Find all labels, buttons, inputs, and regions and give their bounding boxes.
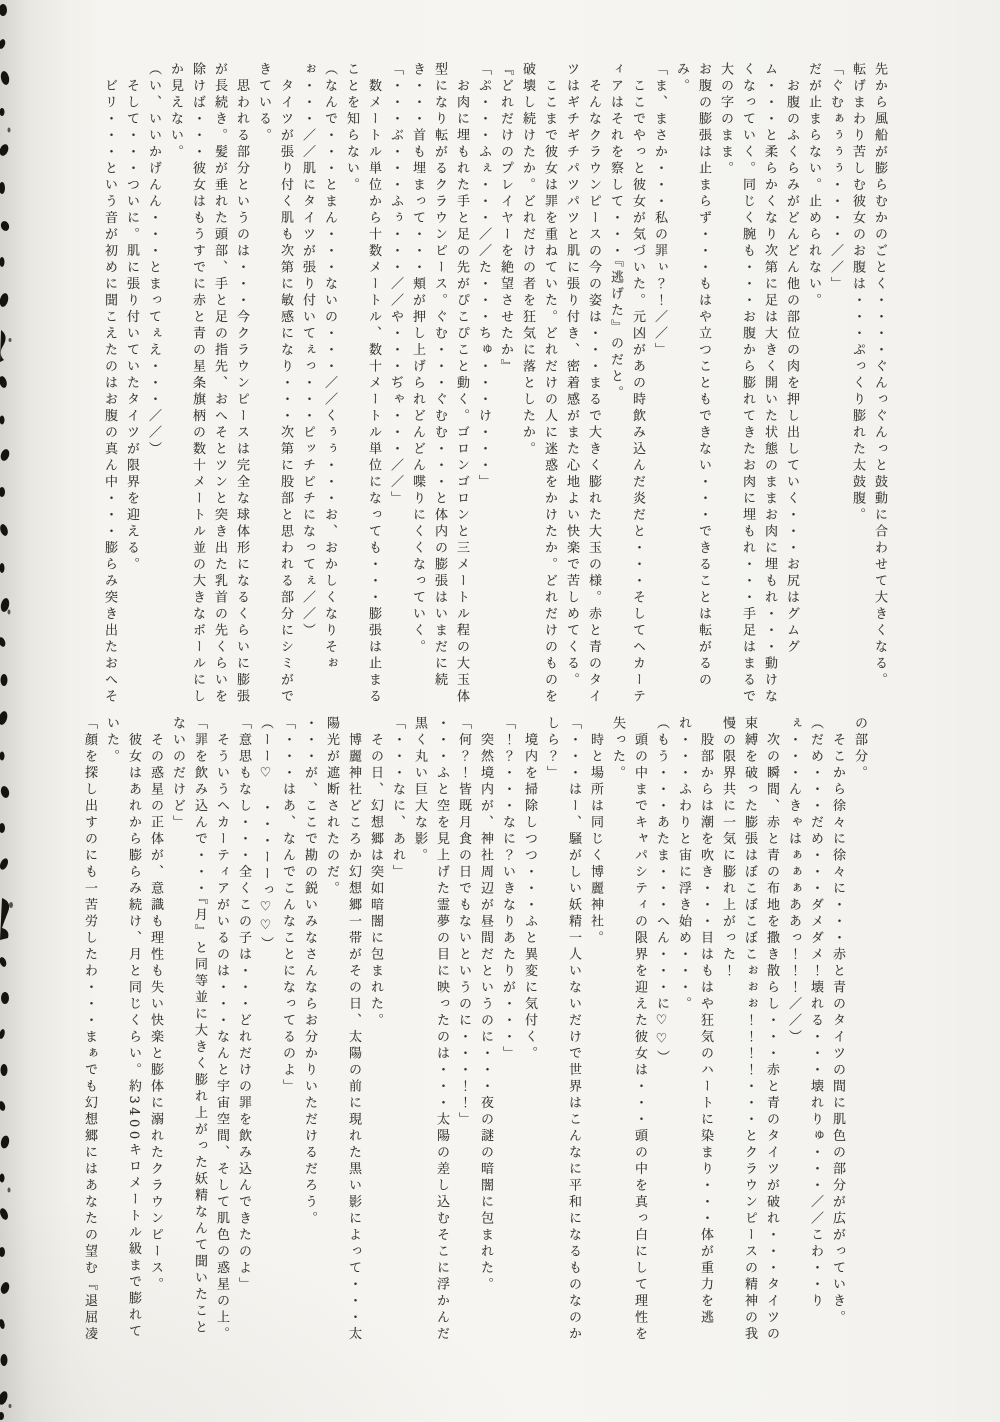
- paragraph: お腹のふくらみがどんどん他の部位の肉を押し出していく・・・お尻はグムグム・・・と…: [714, 62, 802, 714]
- paragraph: 数メートル単位から十数メートル、数十メートル単位になっても・・・膨張は止まること…: [340, 62, 384, 714]
- paragraph: （なんで・・・とまん・・・ないの・・・／／くぅぅ・・・お、おかしくなりそぉぉ・・…: [296, 62, 340, 714]
- paragraph: 「・・・はあ、なんでこんなことになってるのよ」: [276, 716, 298, 1352]
- binding-edge-marks: [0, 0, 26, 1422]
- paragraph: タイツが張り付く肌も次第に敏感になり・・・次第に股部と思われる部分にシミができて…: [252, 62, 296, 714]
- paragraph: そんなクラウンピースの今の姿は・・・まるで大きく膨れた大玉の様。赤と青のタイツは…: [560, 62, 604, 714]
- paragraph: 彼女はあれから膨らみ続け、月と同じくらい。約3400キロメートル級まで膨れていた…: [100, 716, 144, 1352]
- scanned-page: 先から風船が膨らむかのごとく・・・・ぐんっぐんっと鼓動に合わせて大きくなる。 転…: [0, 0, 1000, 1422]
- paragraph: 時と場所は同じく博麗神社。: [584, 716, 606, 1352]
- paragraph: お肉に埋もれた手と足の先がぴこぴこと動く。ゴロンゴロンと三メートル程の大玉体型に…: [406, 62, 472, 714]
- paragraph: 「何？！皆既月食の日でもないというのに・・・！！」: [452, 716, 474, 1352]
- paragraph: 「顔を探し出すのにも一苦労したわ・・・まぁでも幻想郷にはあなたの望む『退屈凌: [78, 716, 100, 1352]
- paragraph: 『どれだけのプレイヤーを絶望させたか』: [494, 62, 516, 714]
- paragraph: ここでやっと彼女が気づいた。元凶があの時飲み込んだ炎だと・・・そしてヘカーティア…: [604, 62, 648, 714]
- paragraph: 博麗神社どころか幻想郷一帯がその日、太陽の前に現れた黒い影によって・・・太陽光が…: [320, 716, 364, 1352]
- paragraph: 「ま、まさか・・・私の罪ぃ？！／／」: [648, 62, 670, 714]
- paragraph: 「ぷ・・・ふぇ・・・／／た・・・ちゅ・・・け・・・」: [472, 62, 494, 714]
- paragraph: そして・・・ついに。肌に張り付いていたタイツが限界を迎える。: [120, 62, 142, 714]
- paragraph: 頭の中までキャパシティの限界を迎えた彼女は・・・頭の中を真っ白にして理性を失った…: [606, 716, 650, 1352]
- text-block-bottom: の部分。 そこから徐々に徐々に・・・赤と青のタイツの間に肌色の部分が広がっていき…: [70, 716, 870, 1352]
- paragraph: 「意思もなし・・・全くこの子は・・・どれだけの罪を飲み込んできたのよ」: [232, 716, 254, 1352]
- paragraph: ・・・が、ここで勘の鋭いみなさんならお分かりいただけるだろう。: [298, 716, 320, 1352]
- paragraph: その惑星の正体が、意識も理性も失い快楽と膨体に溺れたクラウンピース。: [144, 716, 166, 1352]
- paragraph: 突然境内が、神社周辺が昼間だというのに・・・夜の謎の暗闇に包まれた。: [474, 716, 496, 1352]
- paragraph: 次の瞬間、赤と青の布地を撒き散らし・・・赤と青のタイツが破れ・・・タイツの束縛を…: [716, 716, 782, 1352]
- paragraph: （い、いいかげんん・・・とまってぇえ・・・／／）: [142, 62, 164, 714]
- paragraph: 思われる部分というのは・・・今クラウンピースは完全な球体形になるくらいに膨張が長…: [164, 62, 252, 714]
- paragraph: その日、幻想郷は突如暗闇に包まれた。: [364, 716, 386, 1352]
- paragraph: 「ぐむぁぅぅぅ・・・・／／」: [824, 62, 846, 714]
- paragraph: 「！？・・・なに？いきなりあたりが・・・」: [496, 716, 518, 1352]
- paragraph: だが止まらない。止められない。: [802, 62, 824, 714]
- paragraph: 「罪を飲み込んで・・・『月』と同等並に大きく膨れ上がった妖精なんて聞いたことない…: [166, 716, 210, 1352]
- paragraph: （だめ・・・だめ・・・ダメダメ！壊れる・・・壊れりゅ・・・／／こわ・・りぇ・・・…: [782, 716, 826, 1352]
- paragraph: 「・・・なに、あれ」: [386, 716, 408, 1352]
- paragraph: そこから徐々に徐々に・・・赤と青のタイツの間に肌色の部分が広がっていき。: [826, 716, 848, 1352]
- paragraph: （ーー♡ ・・・ーーっ♡♡）: [254, 716, 276, 1352]
- paragraph: の部分。: [848, 716, 870, 1352]
- paragraph: （もう・・・あたま・・・へん・・・に♡♡）: [650, 716, 672, 1352]
- paragraph: 股部からは潮を吹き・・・目はもはや狂気のハートに染まり・・・体が重力を逃れ・・・…: [672, 716, 716, 1352]
- text-block-top: 先から風船が膨らむかのごとく・・・・ぐんっぐんっと鼓動に合わせて大きくなる。 転…: [100, 62, 890, 714]
- paragraph: 先から風船が膨らむかのごとく・・・・ぐんっぐんっと鼓動に合わせて大きくなる。: [868, 62, 890, 714]
- paragraph: 転げまわり苦しむ彼女のお腹は・・・ぷっくり膨れた太鼓腹。: [846, 62, 868, 714]
- paragraph: ・・・ふと空を見上げた霊夢の目に映ったのは・・・太陽の差し込むそこに浮かんだ黒く…: [408, 716, 452, 1352]
- paragraph: お腹の膨張は止まらず・・・もはや立つこともできない・・・できることは転がるのみ。: [670, 62, 714, 714]
- paragraph: 「・・・はー、騒がしい妖精一人いないだけで世界はこんなに平和になるものなのかしら…: [540, 716, 584, 1352]
- paragraph: 境内を掃除しつつ・・・ふと異変に気付く。: [518, 716, 540, 1352]
- paragraph: ここまで彼女は罪を重ねていた。どれだけの人に迷惑をかけたか。どれだけのものを破壊…: [516, 62, 560, 714]
- paragraph: ビリ・・・という音が初めに聞こえたのはお腹の真ん中・・・膨らみ突き出たおへそ: [98, 62, 120, 714]
- paragraph: そういうヘカーティアがいるのは・・・なんと宇宙空間、そして肌色の惑星の上。: [210, 716, 232, 1352]
- paragraph: 「・・・ぶ・・・ふぅ・・・／／や・・・ぢゃ・・・／／」: [384, 62, 406, 714]
